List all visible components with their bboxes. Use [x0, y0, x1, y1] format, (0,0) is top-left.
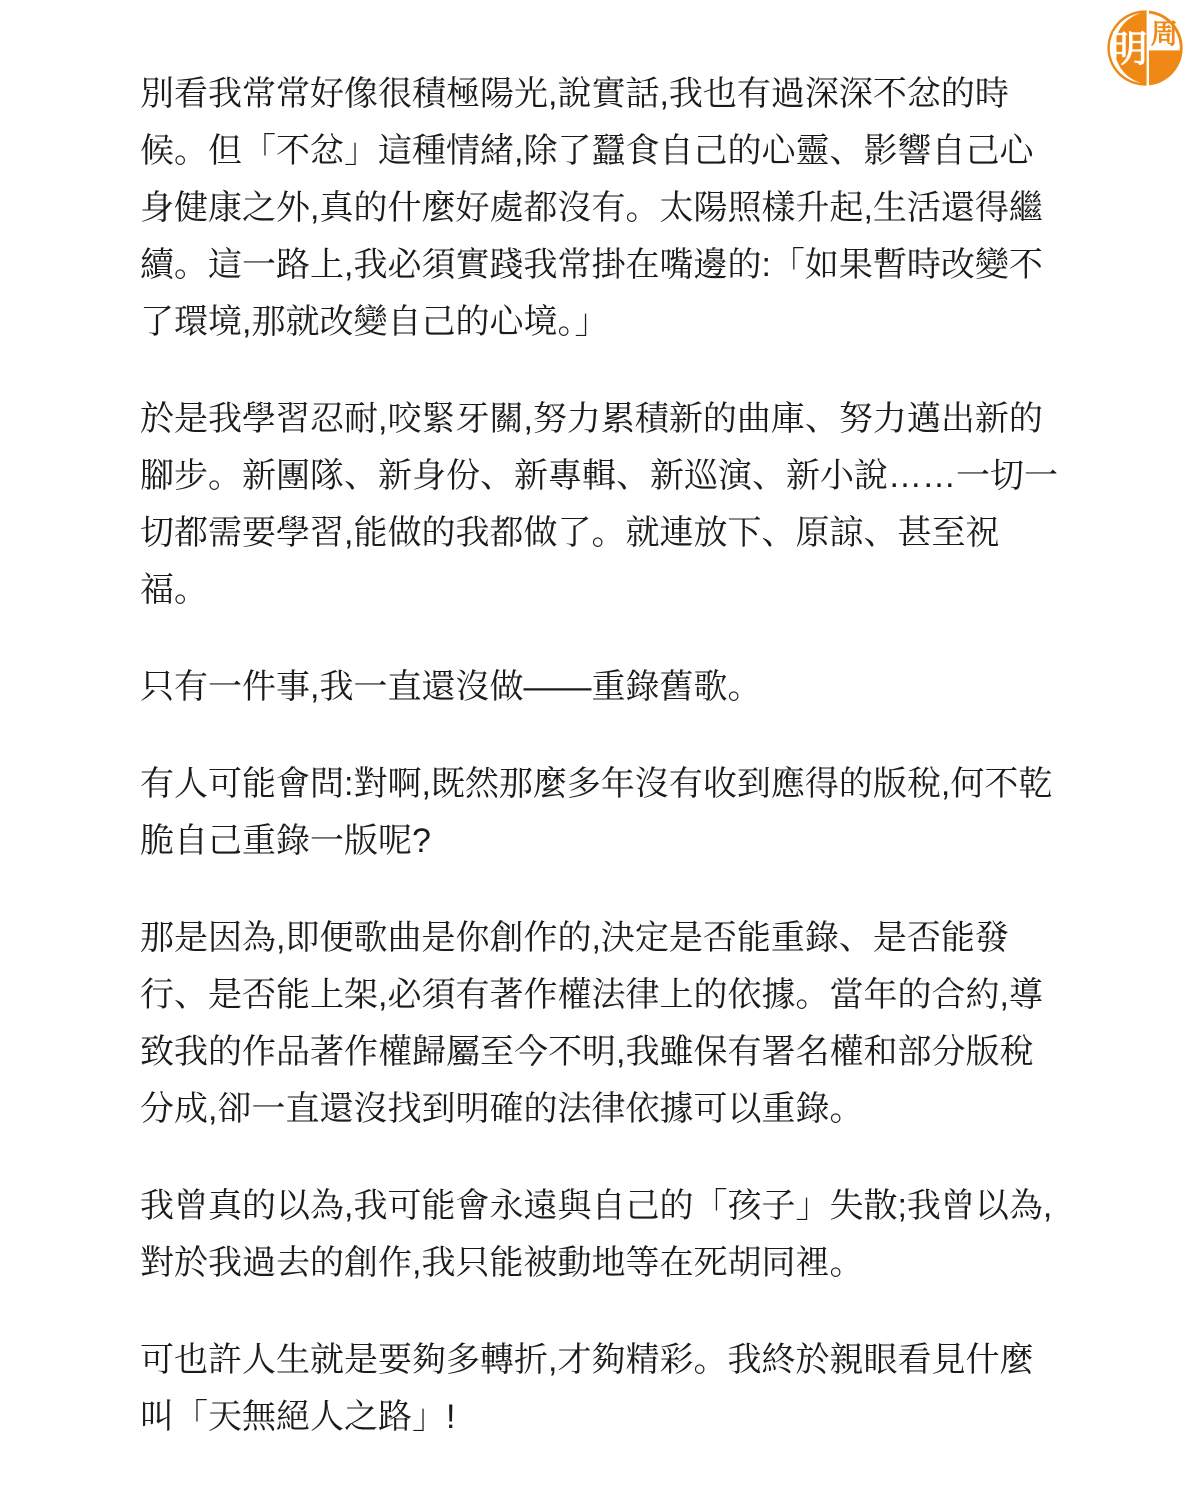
paragraph-3: 只有一件事,我一直還沒做——重錄舊歌。: [140, 659, 1065, 716]
mingpao-weekly-logo-icon: 明 周: [1105, 8, 1185, 88]
logo-char-ming: 明: [1111, 29, 1148, 70]
article-body: 別看我常常好像很積極陽光,說實話,我也有過深深不忿的時候。但「不忿」這種情緒,除…: [140, 66, 1065, 1486]
article-page: 明 周 別看我常常好像很積極陽光,說實話,我也有過深深不忿的時候。但「不忿」這種…: [0, 0, 1190, 1487]
logo-char-zhou: 周: [1151, 19, 1178, 49]
paragraph-4: 有人可能會問:對啊,既然那麼多年沒有收到應得的版稅,何不乾脆自己重錄一版呢?: [140, 756, 1065, 870]
publication-logo: 明 周: [1105, 8, 1185, 88]
paragraph-5: 那是因為,即便歌曲是你創作的,決定是否能重錄、是否能發行、是否能上架,必須有著作…: [140, 910, 1065, 1138]
paragraph-7: 可也許人生就是要夠多轉折,才夠精彩。我終於親眼看見什麼叫「天無絕人之路」!: [140, 1332, 1065, 1446]
paragraph-2: 於是我學習忍耐,咬緊牙關,努力累積新的曲庫、努力邁出新的腳步。新團隊、新身份、新…: [140, 391, 1065, 619]
paragraph-1: 別看我常常好像很積極陽光,說實話,我也有過深深不忿的時候。但「不忿」這種情緒,除…: [140, 66, 1065, 351]
paragraph-6: 我曾真的以為,我可能會永遠與自己的「孩子」失散;我曾以為,對於我過去的創作,我只…: [140, 1178, 1065, 1292]
